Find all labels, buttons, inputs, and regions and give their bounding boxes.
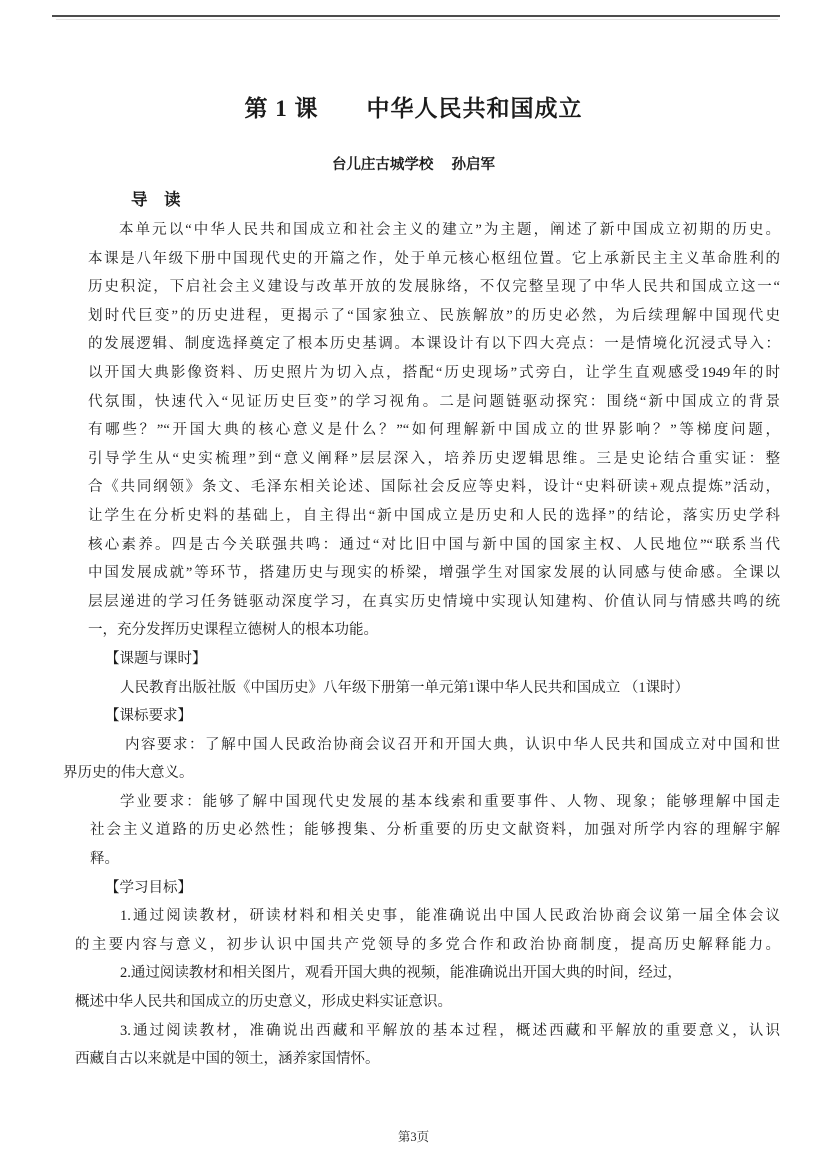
intro-line: 以开国大典影像资料、历史照片为切入点，搭配“历史现场”式旁白，让学生直观感受19… xyxy=(88,359,780,388)
header-rule-shadow xyxy=(56,19,778,20)
standards-line: 释。 xyxy=(90,845,780,874)
intro-line: 划时代巨变”的历史进程，更揭示了“国家独立、民族解放”的历史必然，为后续理解中国… xyxy=(88,302,780,331)
course-line: 人民教育出版社版《中国历史》八年级下册第一单元第1课中华人民共和国成立 （1课时… xyxy=(120,674,780,703)
objective-line: 西藏自古以来就是中国的领土，涵养家国情怀。 xyxy=(75,1045,780,1074)
intro-line: 中国发展成就”等环节，搭建历史与现实的桥梁，增强学生对国家发展的认同感与使命感。… xyxy=(88,559,780,588)
objective-line: 1.通过阅读教材，研读材料和相关史事，能准确说出中国人民政治协商会议第一届全体会… xyxy=(120,902,780,931)
document-page: 第 1 课 中华人民共和国成立 台儿庄古城学校 孙启军 导 读 本单元以“中华人… xyxy=(0,0,827,1169)
objectives-section-heading: 【学习目标】 xyxy=(105,874,780,903)
page-number: 第3页 xyxy=(0,1127,827,1145)
objective-line: 3.通过阅读教材，准确说出西藏和平解放的基本过程，概述西藏和平解放的重要意义，认… xyxy=(120,1017,780,1046)
intro-line: 的发展逻辑、制度选择奠定了根本历史基调。本课设计有以下四大亮点：一是情境化沉浸式… xyxy=(88,330,780,359)
intro-line: 历史积淀，下启社会主义建设与改革开放的发展脉络，不仅完整呈现了中华人民共和国成立… xyxy=(88,273,780,302)
intro-line: 本单元以“中华人民共和国成立和社会主义的建立”为主题，阐述了新中国成立初期的历史… xyxy=(119,216,780,245)
standards-line: 内容要求：了解中国人民政治协商会议召开和开国大典，认识中华人民共和国成立对中国和… xyxy=(125,731,780,760)
intro-line: 层层递进的学习任务链驱动深度学习，在真实历史情境中实现认知建构、价值认同与情感共… xyxy=(88,588,780,617)
document-body: 本单元以“中华人民共和国成立和社会主义的建立”为主题，阐述了新中国成立初期的历史… xyxy=(0,216,827,1074)
standards-line: 社会主义道路的历史必然性；能够搜集、分析重要的历史文献资料，加强对所学内容的理解… xyxy=(90,816,780,845)
intro-section-heading: 导 读 xyxy=(131,186,181,210)
course-section-heading: 【课题与课时】 xyxy=(105,645,780,674)
standards-section-heading: 【课标要求】 xyxy=(105,702,780,731)
lesson-title: 第 1 课 中华人民共和国成立 xyxy=(0,90,827,123)
intro-line: 核心素养。四是古今关联强共鸣：通过“对比旧中国与新中国的国家主权、人民地位”“联… xyxy=(88,531,780,560)
standards-line: 学业要求：能够了解中国现代史发展的基本线索和重要事件、人物、现象；能够理解中国走 xyxy=(120,788,780,817)
intro-line: 让学生在分析史料的基础上，自主得出“新中国成立是历史和人民的选择”的结论，落实历… xyxy=(88,502,780,531)
objective-line: 2.通过阅读教材和相关图片，观看开国大典的视频，能准确说出开国大典的时间，经过， xyxy=(120,959,780,988)
standards-line: 界历史的伟大意义。 xyxy=(63,759,780,788)
objective-line: 的主要内容与意义，初步认识中国共产党领导的多党合作和政治协商制度，提高历史解释能… xyxy=(75,931,780,960)
intro-line: 合《共同纲领》条文、毛泽东相关论述、国际社会反应等史料，设计“史料研读+观点提炼… xyxy=(88,473,780,502)
header-rule xyxy=(52,15,780,17)
objective-line: 概述中华人民共和国成立的历史意义，形成史料实证意识。 xyxy=(75,988,780,1017)
intro-line: 本课是八年级下册中国现代史的开篇之作，处于单元核心枢纽位置。它上承新民主主义革命… xyxy=(88,245,780,274)
school-author-line: 台儿庄古城学校 孙启军 xyxy=(0,153,827,174)
intro-line: 有哪些？”“开国大典的核心意义是什么？”“如何理解新中国成立的世界影响？”等梯度… xyxy=(88,416,780,445)
intro-line: 代氛围，快速代入“见证历史巨变”的学习视角。二是问题链驱动探究：围绕“新中国成立… xyxy=(88,388,780,417)
intro-line: 引导学生从“史实梳理”到“意义阐释”层层深入，培养历史逻辑思维。三是史论结合重实… xyxy=(88,445,780,474)
intro-line: 一，充分发挥历史课程立德树人的根本功能。 xyxy=(88,616,780,645)
